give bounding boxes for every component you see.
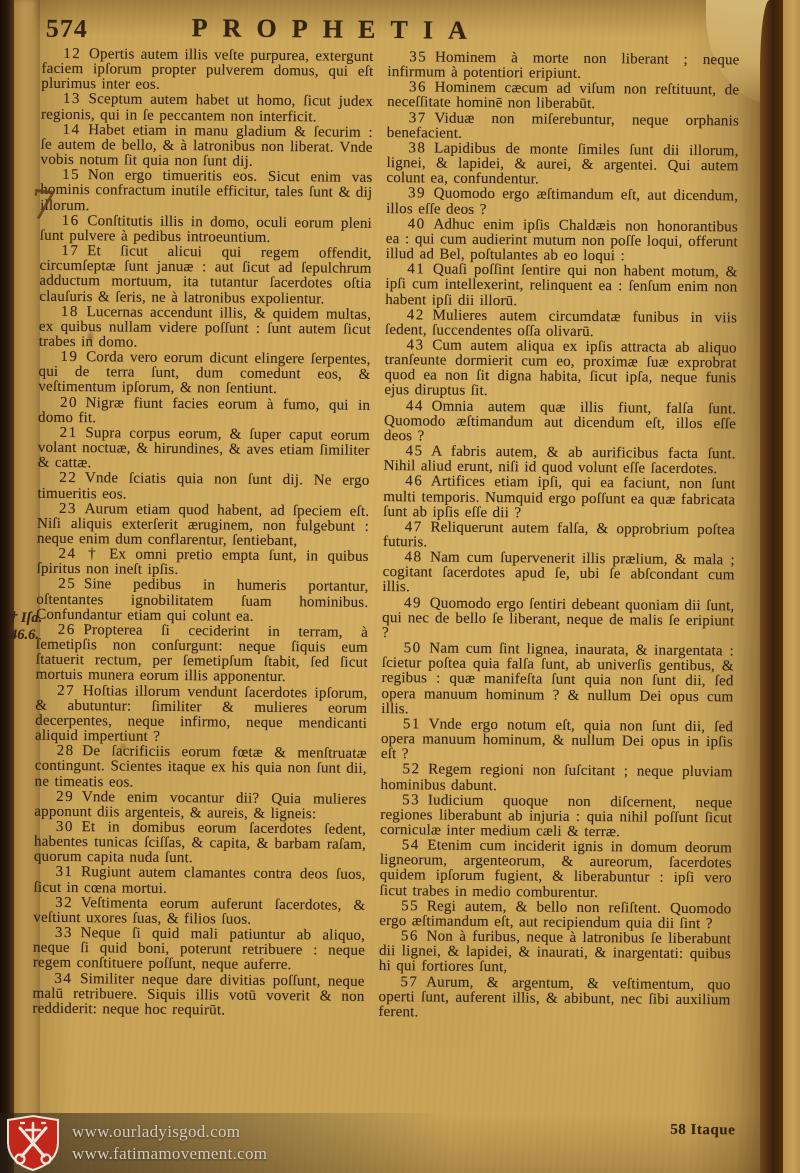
verse-39: 39 Quomodo ergo æſtimandum eſt, aut dice… (386, 186, 738, 220)
verse-56: 56 Non à furibus, neque à latronibus ſe … (379, 929, 731, 978)
verse-number: 37 (409, 110, 427, 126)
verse-number: 20 (60, 394, 78, 410)
verse-number: 18 (61, 304, 79, 320)
verse-number: 32 (55, 895, 73, 911)
verse-number: 36 (409, 80, 427, 96)
verse-17: 17 Et ſicut alicui qui regem offendit, c… (39, 244, 372, 308)
verse-41: 41 Quaſi poſſint ſentire qui non habent … (385, 262, 737, 311)
verse-number: 15 (62, 167, 80, 183)
verse-15: 15 Non ergo timueritis eos. Sicut enim v… (40, 168, 372, 217)
watermark-url-1: www.ourladyisgod.com (72, 1121, 267, 1143)
verse-number: 42 (407, 307, 425, 323)
verse-28: 28 De ſacrificiis eorum fœtæ & menſtruat… (35, 744, 367, 793)
page-content: 574 PROPHETIA 12 Opertis autem illis veſ… (31, 10, 752, 1126)
verse-number: 34 (54, 970, 72, 986)
verse-54: 54 Etenim cum inciderit ignis in domum d… (379, 838, 732, 902)
text-columns: 12 Opertis autem illis veſte purpurea, e… (31, 47, 751, 1126)
verse-25: 25 Sine pedibus in humeris portantur, oſ… (36, 577, 368, 626)
verse-35: 35 Hominem à morte non liberant ; neque … (387, 50, 739, 84)
verse-number: 24 (58, 546, 76, 562)
column-left: 12 Opertis autem illis veſte purpurea, e… (31, 47, 373, 1122)
verse-49: 49 Quomodo ergo ſentiri debeant quoniam … (382, 596, 734, 645)
verse-57: 57 Aurum, & argentum, & veſtimentum, quo… (378, 975, 730, 1024)
verse-number: 14 (63, 122, 81, 138)
verse-52: 52 Regem regioni non ſuſcitant ; neque p… (381, 762, 733, 796)
verse-number: 51 (403, 716, 421, 732)
verse-23: 23 Aurum etiam quod habent, ad ſpeciem e… (37, 501, 369, 550)
verse-19: 19 Corda vero eorum dicunt elingere ſerp… (38, 350, 370, 399)
verse-number: 26 (58, 622, 76, 638)
book-edge-right-page (783, 0, 800, 1173)
verse-40: 40 Adhuc enim ipſis Chaldæis non honoran… (386, 217, 738, 266)
verse-24: 24 † Ex omni pretio empta ſunt, in quibu… (37, 547, 369, 580)
verse-number: 57 (400, 974, 418, 990)
watermark: www.ourladyisgod.com www.fatimamovement.… (0, 1113, 470, 1173)
verse-53: 53 Iudicium quoque non diſcernent, neque… (380, 793, 732, 842)
verse-number: 47 (405, 519, 423, 535)
verse-46: 46 Artifices etiam ipſi, qui ea faciunt,… (383, 474, 735, 523)
verse-number: 29 (56, 789, 74, 805)
crossed-keys-shield-icon (6, 1115, 60, 1171)
verse-number: 46 (405, 474, 423, 490)
verse-number: 30 (56, 819, 74, 835)
verse-22: 22 Vnde ſciatis quia non ſunt dij. Ne er… (37, 471, 369, 504)
verse-48: 48 Nam cum ſupervenerit illis prælium, &… (382, 550, 734, 599)
book-page-photo: 574 PROPHETIA 12 Opertis autem illis veſ… (0, 0, 800, 1173)
book-edge-right-dark (760, 0, 784, 1173)
margin-scripture-reference: † Iſa. 46.6. (10, 610, 58, 644)
book-edge-left-dark (0, 0, 14, 1173)
verse-51: 51 Vnde ergo notum eſt, quia non ſunt di… (381, 717, 733, 766)
verse-number: 33 (55, 925, 73, 941)
watermark-url-2: www.fatimamovement.com (72, 1143, 267, 1165)
catchword: 58 Itaque (670, 1122, 735, 1140)
verse-13: 13 Sceptum autem habet ut homo, ſicut ju… (41, 92, 373, 125)
page-number: 574 (46, 14, 88, 44)
verse-30: 30 Et in domibus eorum ſacerdotes ſedent… (34, 820, 366, 869)
margin-ref-line1: † Iſa. (10, 610, 58, 627)
verse-number: 56 (401, 928, 419, 944)
verse-55: 55 Regi autem, & bello non reſiſtent. Qu… (379, 899, 731, 933)
page-header: 574 PROPHETIA (42, 10, 752, 53)
verse-20: 20 Nigræ fiunt facies eorum à fumo, qui … (38, 395, 370, 428)
verse-45: 45 A fabris autem, & ab aurificibus fact… (384, 444, 736, 478)
verse-number: 41 (407, 261, 425, 277)
verse-number: 44 (406, 398, 424, 414)
verse-42: 42 Mulieres autem circumdatæ funibus in … (385, 308, 737, 342)
verse-27: 27 Hoſtias illorum vendunt ſacerdotes ip… (35, 683, 368, 747)
verse-number: 27 (57, 682, 75, 698)
verse-number: 28 (57, 743, 75, 759)
verse-number: 17 (61, 243, 79, 259)
verse-number: 12 (63, 47, 81, 62)
page-title: PROPHETIA (42, 10, 752, 51)
verse-number: 22 (59, 470, 77, 486)
verse-26: 26 Propterea ſi ceciderint in terram, à … (36, 623, 369, 687)
verse-number: 13 (63, 91, 81, 107)
verse-32: 32 Veſtimenta eorum auferunt ſacerdotes,… (33, 895, 365, 928)
verse-14: 14 Habet etiam in manu gladium & ſecurim… (40, 122, 372, 171)
verse-18: 18 Lucernas accendunt illis, & quidem mu… (39, 304, 371, 353)
verse-number: 49 (404, 595, 422, 611)
verse-number: 48 (404, 549, 422, 565)
verse-number: 45 (405, 443, 423, 459)
verse-number: 52 (402, 762, 420, 778)
verse-number: 16 (62, 213, 80, 229)
verse-16: 16 Conſtitutis illis in domo, oculi eoru… (40, 213, 372, 246)
verse-21: 21 Supra corpus eorum, & ſuper caput eor… (38, 426, 370, 475)
verse-number: 23 (59, 501, 77, 517)
verse-31: 31 Rugiunt autem clamantes contra deos ſ… (33, 865, 365, 898)
verse-number: 43 (406, 337, 424, 353)
verse-number: 25 (58, 576, 76, 592)
verse-number: 50 (404, 640, 422, 656)
verse-number: 38 (408, 140, 426, 156)
watermark-urls: www.ourladyisgod.com www.fatimamovement.… (72, 1121, 267, 1165)
verse-38: 38 Lapidibus de monte ſimiles ſunt dii i… (386, 141, 738, 190)
column-right: 35 Hominem à morte non liberant ; neque … (377, 50, 739, 1125)
verse-number: 53 (402, 792, 420, 808)
verse-number: 39 (408, 186, 426, 202)
verse-number: 35 (409, 50, 427, 65)
verse-43: 43 Cum autem aliqua ex ipſis attracta ab… (384, 338, 737, 402)
verse-number: 54 (402, 837, 420, 853)
verse-34: 34 Similiter neque dare divitias poſſunt… (32, 971, 364, 1020)
verse-12: 12 Opertis autem illis veſte purpurea, e… (41, 47, 373, 96)
verse-number: 19 (60, 349, 78, 365)
verse-number: 40 (408, 216, 426, 232)
verse-47: 47 Reliquerunt autem falſa, & opprobrium… (383, 520, 735, 554)
verse-number: 21 (60, 425, 78, 441)
verse-36: 36 Hominem cæcum ad viſum non reſtituunt… (387, 80, 739, 114)
handwritten-margin-mark: 7 (28, 185, 58, 228)
margin-ref-line2: 46.6. (10, 627, 58, 644)
verse-33: 33 Neque ſi quid mali patiuntur ab aliqu… (33, 926, 365, 975)
verse-44: 44 Omnia autem quæ illis fiunt, falſa ſu… (384, 399, 736, 448)
verse-37: 37 Viduæ non miſerebuntur, neque orphani… (387, 111, 739, 145)
verse-number: 55 (401, 898, 419, 914)
verse-50: 50 Nam cum ſint lignea, inaurata, & inar… (381, 641, 734, 720)
verse-number: 31 (55, 864, 73, 880)
verse-29: 29 Vnde enim vocantur dii? Quia mulieres… (34, 789, 366, 822)
